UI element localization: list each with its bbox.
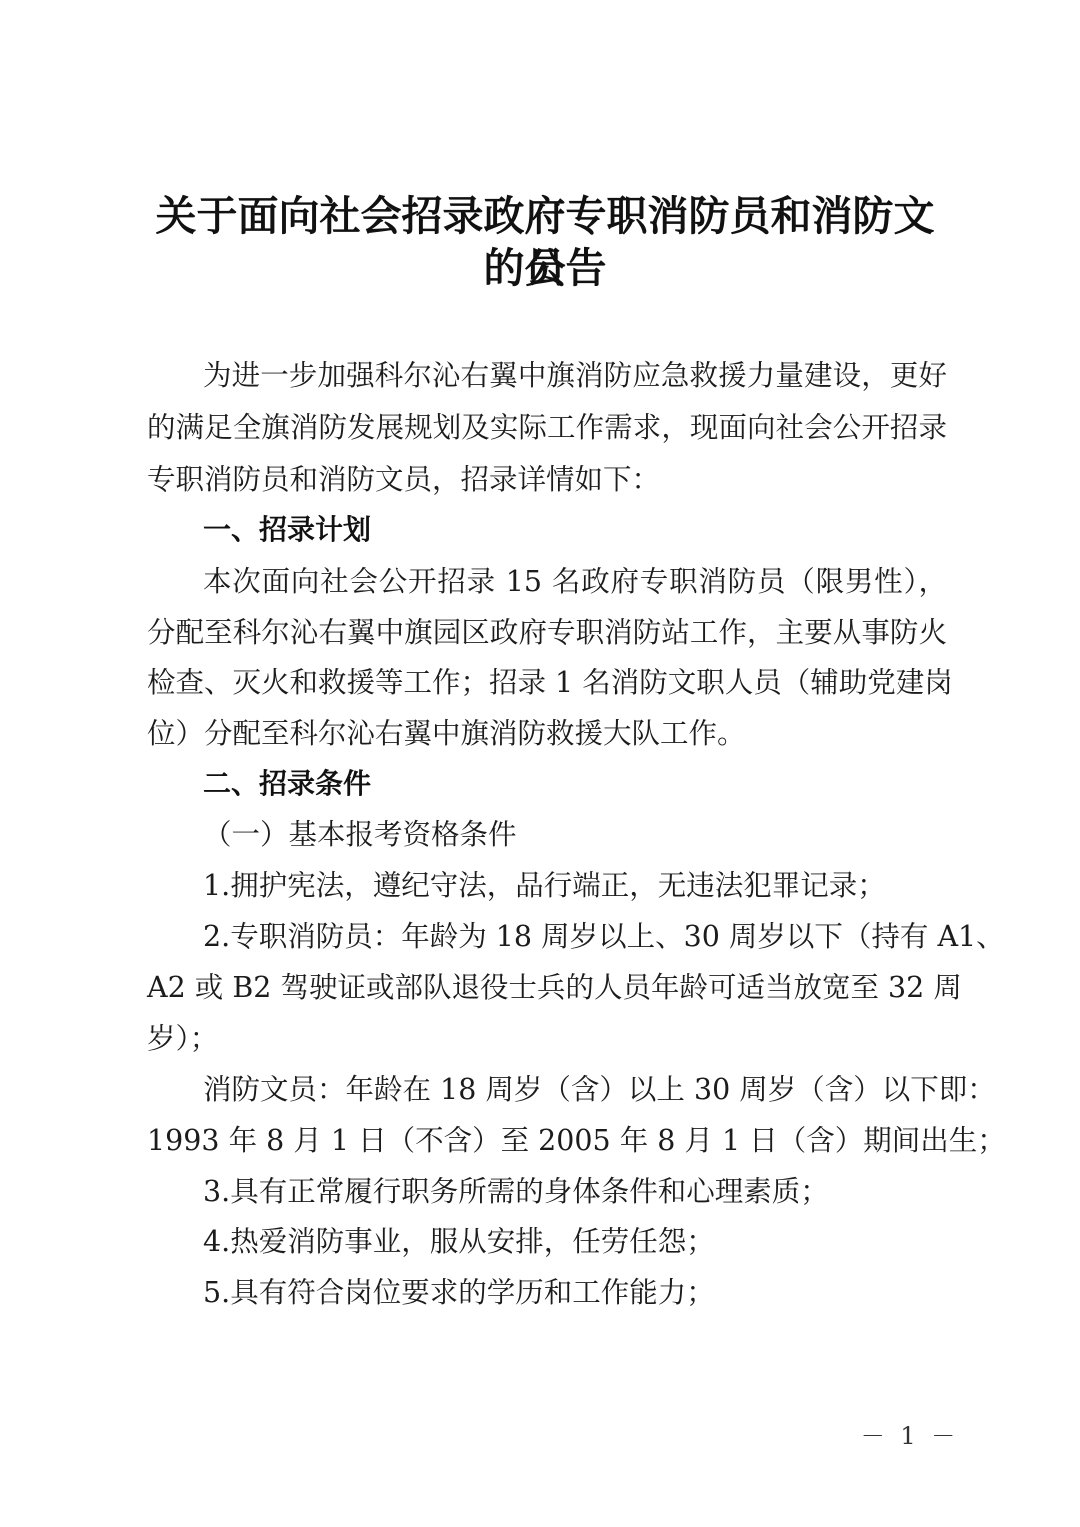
intro-line-1: 为进一步加强科尔沁右翼中旗消防应急救援力量建设，更好 — [203, 356, 947, 396]
section-1-line-3: 检查、灭火和救援等工作；招录 1 名消防文职人员（辅助党建岗 — [147, 663, 947, 703]
condition-item-4: 4.热爱消防事业，服从安排，任劳任怨； — [203, 1222, 947, 1262]
condition-item-3: 3.具有正常履行职务所需的身体条件和心理素质； — [203, 1172, 947, 1212]
condition-item-2-line-3: 岁）； — [147, 1019, 947, 1059]
document-title-line-2: 的公告 — [140, 242, 950, 294]
section-1-line-2: 分配至科尔沁右翼中旗园区政府专职消防站工作，主要从事防火 — [147, 613, 947, 653]
intro-line-2: 的满足全旗消防发展规划及实际工作需求，现面向社会公开招录 — [147, 408, 947, 448]
page-number: － 1 － — [860, 1416, 960, 1451]
section-1-line-4: 位）分配至科尔沁右翼中旗消防救援大队工作。 — [147, 714, 947, 754]
intro-line-3: 专职消防员和消防文员，招录详情如下： — [147, 460, 947, 500]
condition-item-5: 5.具有符合岗位要求的学历和工作能力； — [203, 1273, 947, 1313]
condition-item-1: 1.拥护宪法，遵纪守法，品行端正，无违法犯罪记录； — [203, 866, 947, 906]
section-2-heading: 二、招录条件 — [203, 764, 947, 804]
condition-item-2-line-2: A2 或 B2 驾驶证或部队退役士兵的人员年龄可适当放宽至 32 周 — [147, 968, 947, 1008]
section-2-subheading: （一）基本报考资格条件 — [203, 815, 947, 855]
document-page: 关于面向社会招录政府专职消防员和消防文员 的公告 为进一步加强科尔沁右翼中旗消防… — [0, 0, 1080, 1527]
clerk-age-line-2: 1993 年 8 月 1 日（不含）至 2005 年 8 月 1 日（含）期间出… — [147, 1121, 947, 1161]
clerk-age-line-1: 消防文员：年龄在 18 周岁（含）以上 30 周岁（含）以下即： — [203, 1070, 947, 1110]
section-1-heading: 一、招录计划 — [203, 510, 947, 550]
section-1-line-1: 本次面向社会公开招录 15 名政府专职消防员（限男性）， — [203, 562, 947, 602]
condition-item-2-line-1: 2.专职消防员：年龄为 18 周岁以上、30 周岁以下（持有 A1、 — [203, 917, 947, 957]
